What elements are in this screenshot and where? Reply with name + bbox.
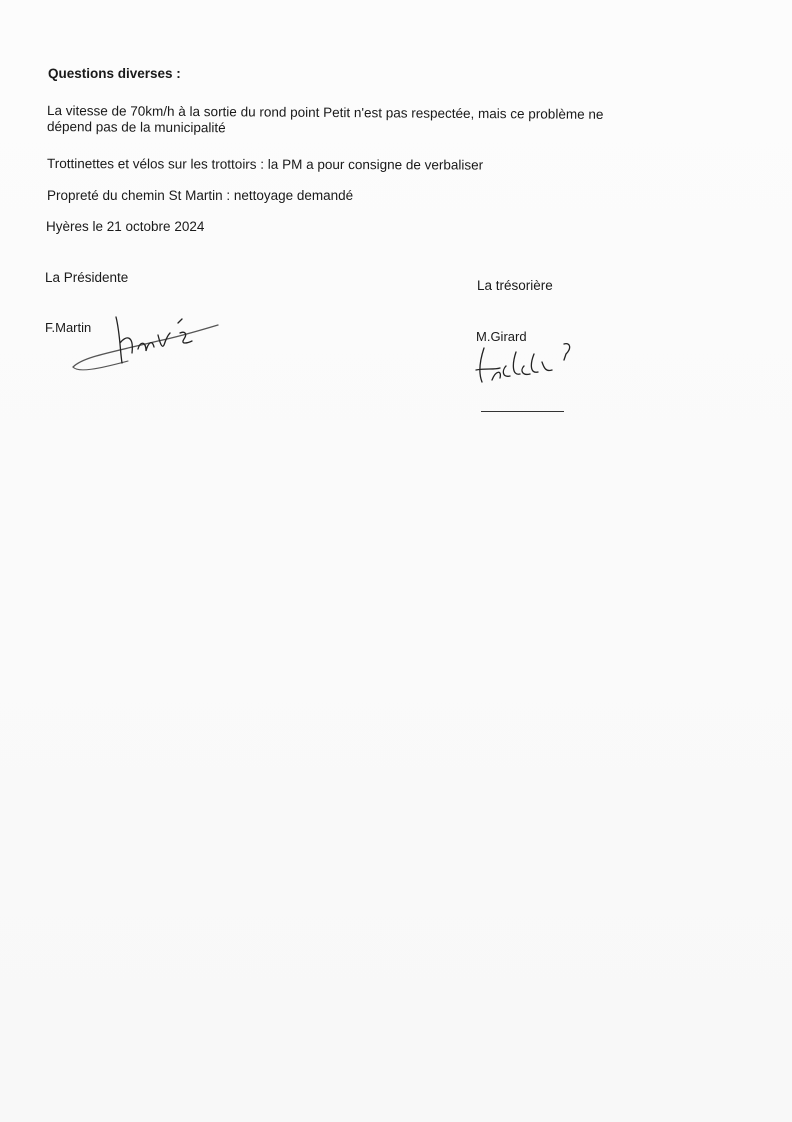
place-date: Hyères le 21 octobre 2024 — [46, 219, 204, 235]
treasurer-signature — [472, 340, 592, 390]
document-page: Questions diverses : La vitesse de 70km/… — [0, 0, 792, 1122]
section-heading: Questions diverses : — [48, 66, 181, 82]
president-signature — [68, 305, 228, 375]
right-signatory-role: La trésorière — [477, 278, 553, 294]
signature-line — [481, 411, 564, 412]
item-2: Trottinettes et vélos sur les trottoirs … — [47, 156, 483, 174]
left-signatory-role: La Présidente — [45, 270, 128, 286]
item-1-line-2: dépend pas de la municipalité — [47, 119, 226, 136]
item-3: Propreté du chemin St Martin : nettoyage… — [47, 188, 353, 204]
